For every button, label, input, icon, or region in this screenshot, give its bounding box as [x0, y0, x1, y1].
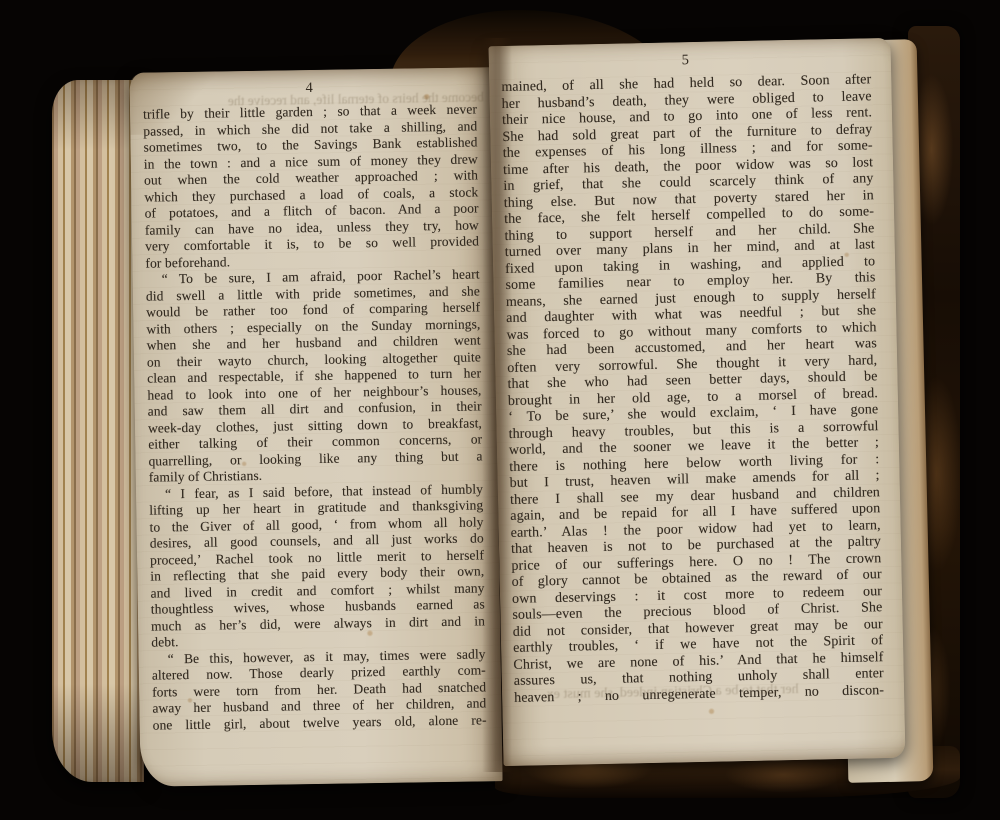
page-number-right: 5: [501, 48, 871, 73]
page-right: 5 mained, of all she had held so dear. S…: [489, 38, 906, 766]
open-book-photo: become the heirs of eternal life, and re…: [50, 8, 960, 808]
page-text-left: trifle by their little garden ; so that …: [143, 101, 487, 733]
page-text-right: mained, of all she had held so dear. Soo…: [501, 72, 884, 707]
page-left: become the heirs of eternal life, and re…: [129, 67, 502, 787]
